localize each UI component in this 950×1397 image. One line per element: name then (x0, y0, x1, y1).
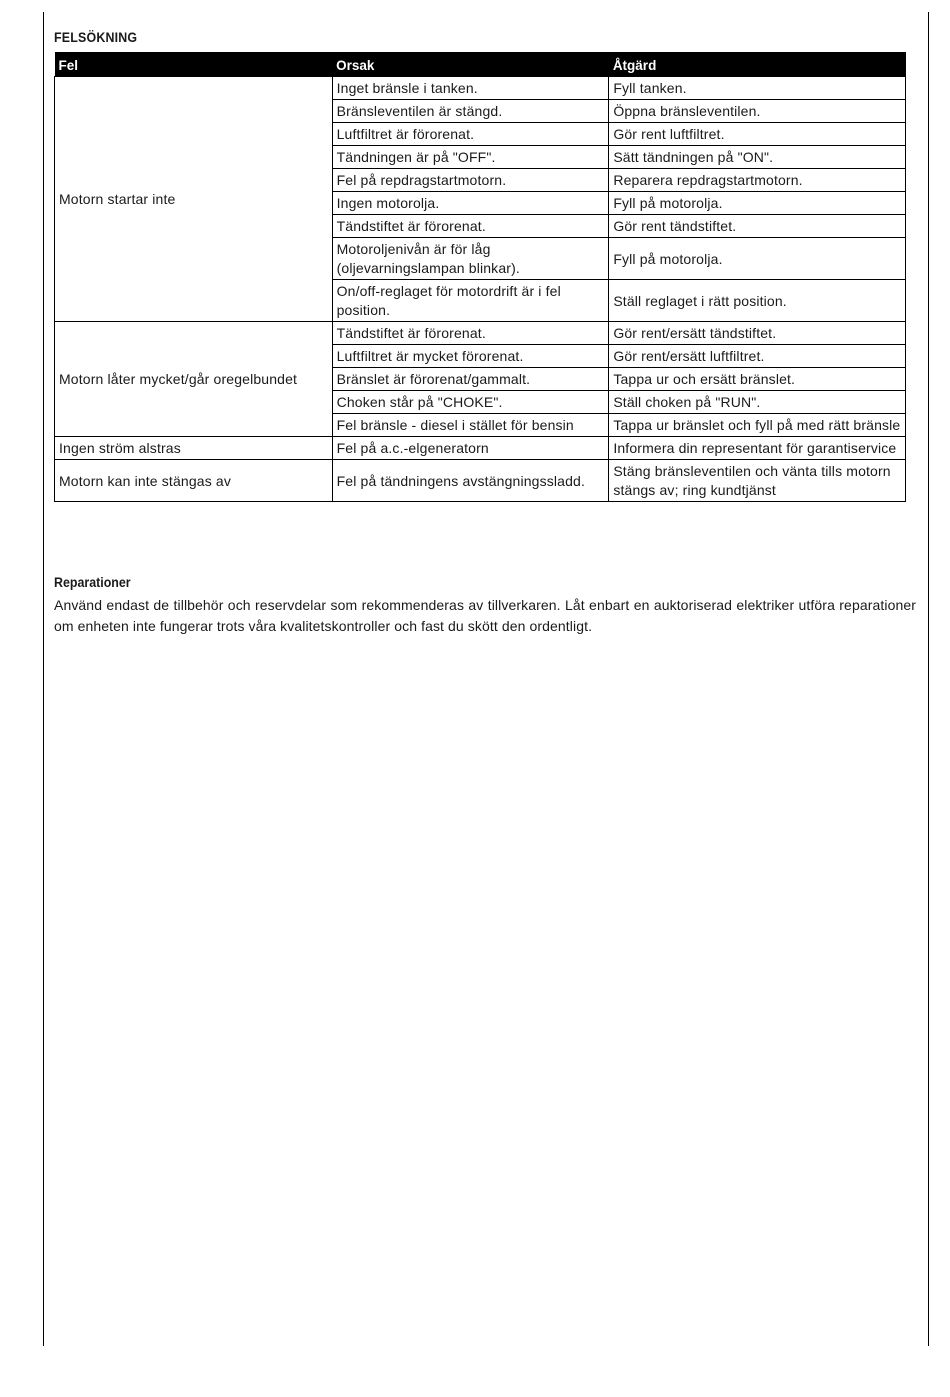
fault-cell: Motorn kan inte stängas av (55, 460, 333, 502)
cause-cell: Choken står på "CHOKE". (332, 391, 609, 414)
header-cause: Orsak (332, 52, 609, 77)
cause-cell: Motoroljenivån är för låg (oljevarningsl… (332, 238, 609, 280)
action-cell: Gör rent/ersätt luftfiltret. (609, 345, 906, 368)
cause-cell: Fel på a.c.-elgeneratorn (332, 437, 609, 460)
table-row: Ingen ström alstrasFel på a.c.-elgenerat… (55, 437, 906, 460)
action-cell: Reparera repdragstartmotorn. (609, 169, 906, 192)
page-border-right (928, 12, 929, 1346)
table-body: Motorn startar inteInget bränsle i tanke… (55, 77, 906, 502)
action-cell: Gör rent luftfiltret. (609, 123, 906, 146)
action-cell: Sätt tändningen på "ON". (609, 146, 906, 169)
cause-cell: Luftfiltret är mycket förorenat. (332, 345, 609, 368)
fault-cell: Motorn låter mycket/går oregelbundet (55, 322, 333, 437)
header-action: Åtgärd (609, 52, 906, 77)
cause-cell: Ingen motorolja. (332, 192, 609, 215)
cause-cell: Bränslet är förorenat/gammalt. (332, 368, 609, 391)
action-cell: Tappa ur bränslet och fyll på med rätt b… (609, 414, 906, 437)
section-title: FELSÖKNING (54, 30, 137, 45)
fault-cell: Motorn startar inte (55, 77, 333, 322)
action-cell: Ställ choken på "RUN". (609, 391, 906, 414)
troubleshooting-table: Fel Orsak Åtgärd Motorn startar inteInge… (54, 52, 906, 502)
cause-cell: Luftfiltret är förorenat. (332, 123, 609, 146)
action-cell: Öppna bränsleventilen. (609, 100, 906, 123)
fault-cell: Ingen ström alstras (55, 437, 333, 460)
table-header-row: Fel Orsak Åtgärd (55, 52, 906, 77)
action-cell: Gör rent tändstiftet. (609, 215, 906, 238)
action-cell: Stäng bränsleventilen och vänta tills mo… (609, 460, 906, 502)
repairs-title: Reparationer (54, 575, 131, 590)
action-cell: Fyll på motorolja. (609, 238, 906, 280)
cause-cell: Inget bränsle i tanken. (332, 77, 609, 100)
header-fault: Fel (55, 52, 333, 77)
table-row: Motorn låter mycket/går oregelbundetTänd… (55, 322, 906, 345)
cause-cell: Tändningen är på "OFF". (332, 146, 609, 169)
cause-cell: Tändstiftet är förorenat. (332, 215, 609, 238)
action-cell: Tappa ur och ersätt bränslet. (609, 368, 906, 391)
action-cell: Informera din representant för garantise… (609, 437, 906, 460)
action-cell: Ställ reglaget i rätt position. (609, 280, 906, 322)
table-row: Motorn kan inte stängas avFel på tändnin… (55, 460, 906, 502)
action-cell: Fyll på motorolja. (609, 192, 906, 215)
table-row: Motorn startar inteInget bränsle i tanke… (55, 77, 906, 100)
cause-cell: On/off-reglaget för motordrift är i fel … (332, 280, 609, 322)
cause-cell: Bränsleventilen är stängd. (332, 100, 609, 123)
page-border-left (43, 12, 44, 1346)
cause-cell: Fel bränsle - diesel i stället för bensi… (332, 414, 609, 437)
action-cell: Fyll tanken. (609, 77, 906, 100)
cause-cell: Tändstiftet är förorenat. (332, 322, 609, 345)
cause-cell: Fel på repdragstartmotorn. (332, 169, 609, 192)
action-cell: Gör rent/ersätt tändstiftet. (609, 322, 906, 345)
cause-cell: Fel på tändningens avstängningssladd. (332, 460, 609, 502)
repairs-text: Använd endast de tillbehör och reservdel… (54, 595, 916, 637)
